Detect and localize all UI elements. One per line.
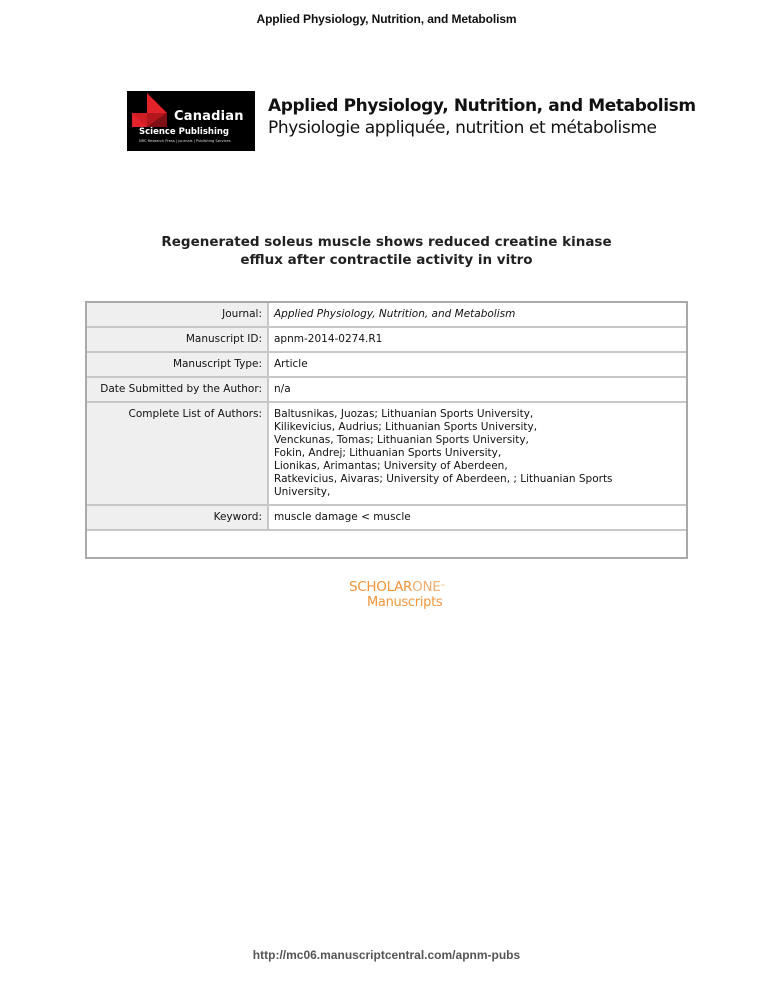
authors-value: Baltusnikas, Juozas; Lithuanian Sports U… (269, 403, 686, 506)
journal-title-english: Applied Physiology, Nutrition, and Metab… (268, 95, 696, 117)
journal-value: Applied Physiology, Nutrition, and Metab… (269, 303, 686, 328)
table-empty-row (87, 531, 686, 557)
author-line: University, (274, 486, 681, 499)
running-header: Applied Physiology, Nutrition, and Metab… (0, 12, 773, 26)
date-submitted-value: n/a (269, 378, 686, 403)
manuscript-metadata-table: Journal: Applied Physiology, Nutrition, … (85, 301, 688, 559)
scholarone-word-one: ONE (412, 579, 440, 595)
scholarone-manuscripts: Manuscripts (349, 595, 445, 610)
journal-title-french: Physiologie appliquée, nutrition et méta… (268, 117, 696, 139)
table-row: Complete List of Authors: Baltusnikas, J… (87, 403, 686, 506)
paper-title: Regenerated soleus muscle shows reduced … (0, 233, 773, 269)
paper-title-line-2: efflux after contractile activity in vit… (0, 251, 773, 269)
table-row: Keyword: muscle damage < muscle (87, 506, 686, 531)
logo-name-science-publishing: Science Publishing (139, 127, 229, 137)
author-line: Fokin, Andrej; Lithuanian Sports Univers… (274, 447, 681, 460)
trademark-symbol: ™ (440, 584, 445, 590)
scholarone-wordmark: SCHOLARONE™ (349, 580, 445, 595)
empty-cell (87, 531, 686, 557)
paper-title-line-1: Regenerated soleus muscle shows reduced … (0, 233, 773, 251)
author-line: Baltusnikas, Juozas; Lithuanian Sports U… (274, 408, 681, 421)
table-row: Manuscript Type: Article (87, 353, 686, 378)
keyword-label: Keyword: (87, 506, 269, 531)
logo-name-canadian: Canadian (174, 109, 244, 124)
manuscript-type-value: Article (269, 353, 686, 378)
manuscript-type-label: Manuscript Type: (87, 353, 269, 378)
scholarone-manuscripts-logo: SCHOLARONE™ Manuscripts (349, 580, 445, 610)
author-line: Lionikas, Arimantas; University of Aberd… (274, 460, 681, 473)
logo-tagline: NRC Research Press | journals | Publishi… (139, 139, 231, 143)
scholarone-word-scholar: SCHOLAR (349, 579, 412, 595)
journal-masthead: Applied Physiology, Nutrition, and Metab… (268, 95, 696, 139)
author-line: Venckunas, Tomas; Lithuanian Sports Univ… (274, 434, 681, 447)
running-footer-url: http://mc06.manuscriptcentral.com/apnm-p… (0, 948, 773, 962)
journal-label: Journal: (87, 303, 269, 328)
author-line: Kilikevicius, Audrius; Lithuanian Sports… (274, 421, 681, 434)
manuscript-id-label: Manuscript ID: (87, 328, 269, 353)
table-row: Journal: Applied Physiology, Nutrition, … (87, 303, 686, 328)
manuscript-id-value: apnm-2014-0274.R1 (269, 328, 686, 353)
table-row: Date Submitted by the Author: n/a (87, 378, 686, 403)
table-row: Manuscript ID: apnm-2014-0274.R1 (87, 328, 686, 353)
canadian-science-publishing-logo: Canadian Science Publishing NRC Research… (127, 91, 255, 151)
authors-label: Complete List of Authors: (87, 403, 269, 506)
author-line: Ratkevicius, Aivaras; University of Aber… (274, 473, 681, 486)
keyword-value: muscle damage < muscle (269, 506, 686, 531)
date-submitted-label: Date Submitted by the Author: (87, 378, 269, 403)
